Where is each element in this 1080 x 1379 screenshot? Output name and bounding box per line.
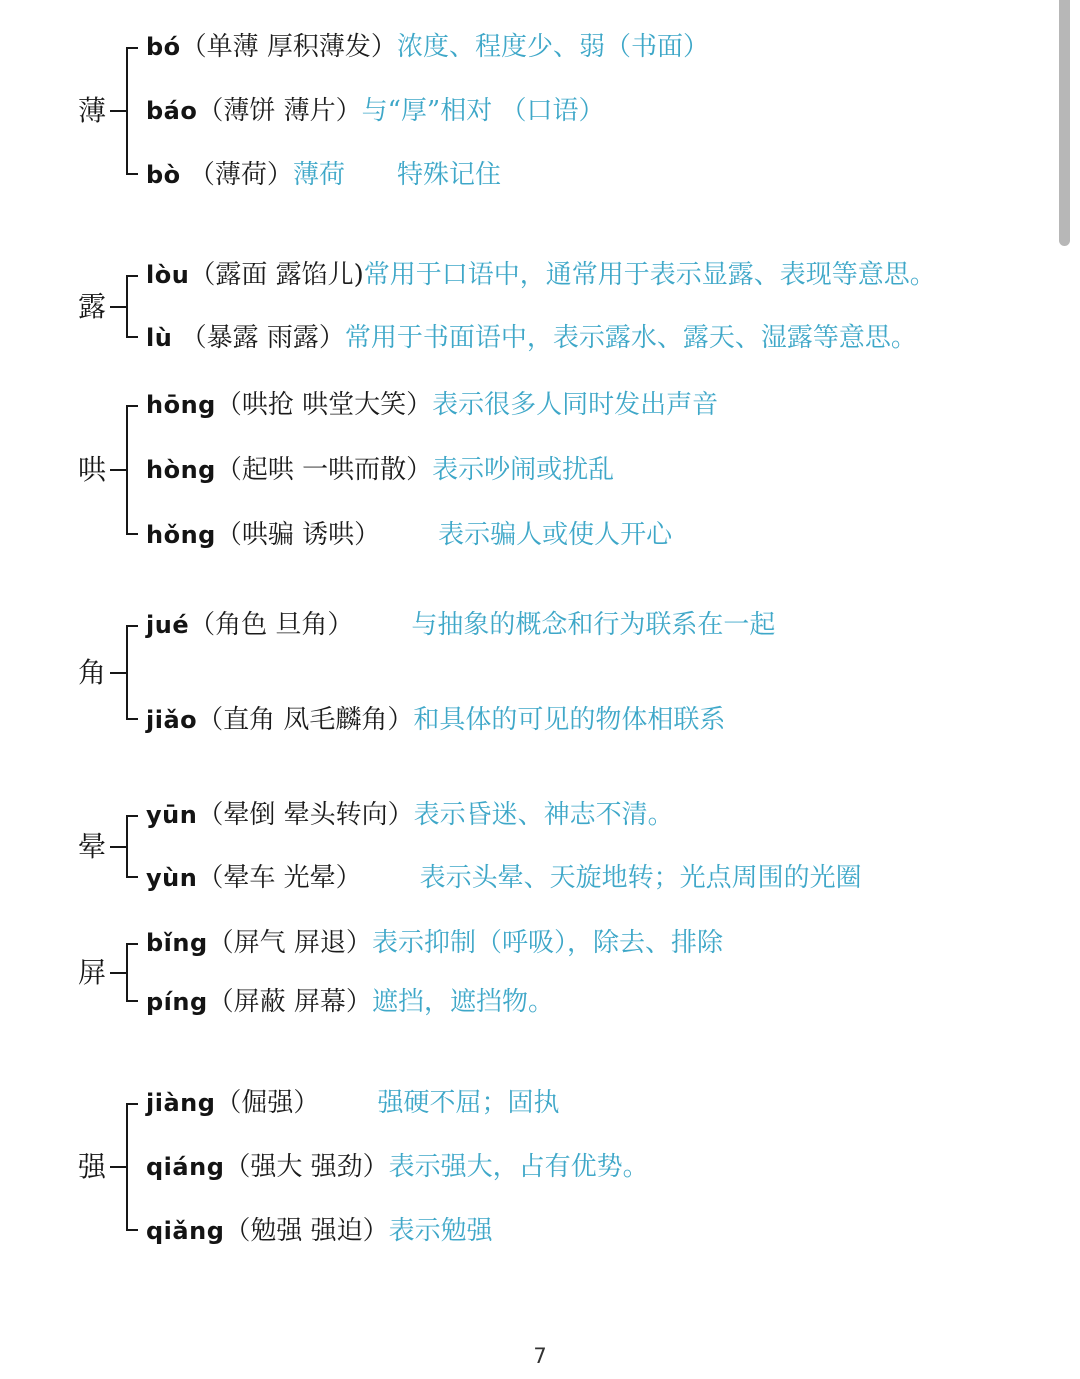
character-group-qiang: 强 jiàng（倔强）强硬不屈；固执 qiáng（强大 强劲）表示强大，占有优势… [74,1086,649,1248]
example-words: （勉强 强迫） [224,1216,388,1246]
entry-row: lù （暴露 雨露）常用于书面语中，表示露水、露天、湿露等意思。 [146,321,936,355]
pinyin: lòu [146,261,189,289]
example-words: （晕倒 晕头转向） [197,800,413,830]
meaning-text: 表示抑制（呼吸），除去、排除 [372,928,723,958]
meaning-text: 常用于书面语中，表示露水、露天、湿露等意思。 [345,323,917,353]
entry-row: qiáng（强大 强劲）表示强大，占有优势。 [146,1150,649,1184]
example-words: （屏气 屏退） [208,928,372,958]
example-words: （直角 凤毛麟角） [197,705,413,735]
example-words: （屏蔽 屏幕） [208,987,372,1017]
meaning-text: 表示头晕、天旋地转；光点周围的光圈 [420,863,862,893]
entry-row: hōng（哄抢 哄堂大笑）表示很多人同时发出声音 [146,388,718,422]
pinyin: báo [146,97,197,125]
pinyin: jiàng [146,1089,215,1117]
entry-row: báo（薄饼 薄片）与“厚”相对 （口语） [146,94,709,128]
entry-row: jiàng（倔强）强硬不屈；固执 [146,1086,649,1120]
example-words: （薄饼 薄片） [197,96,361,126]
pinyin: bǐng [146,929,208,957]
meaning-text: 与“厚”相对 （口语） [362,96,605,126]
character-group-yun: 晕 yūn（晕倒 晕头转向）表示昏迷、神志不清。 yùn（晕车 光晕）表示头晕、… [74,798,862,895]
pinyin: hǒng [146,521,216,549]
pinyin: qiǎng [146,1217,224,1245]
example-words: （晕车 光晕） [197,863,361,893]
pinyin: jué [146,611,189,639]
entry-rows: bó（单薄 厚积薄发）浓度、程度少、弱（书面） báo（薄饼 薄片）与“厚”相对… [146,30,709,192]
head-character: 晕 [74,833,110,861]
entry-rows: jiàng（倔强）强硬不屈；固执 qiáng（强大 强劲）表示强大，占有优势。 … [146,1086,649,1248]
character-group-bao: 薄 bó（单薄 厚积薄发）浓度、程度少、弱（书面） báo（薄饼 薄片）与“厚”… [74,30,709,192]
bracket [110,47,140,175]
entry-row: jiǎo（直角 凤毛麟角）和具体的可见的物体相联系 [146,703,775,737]
character-group-hong: 哄 hōng（哄抢 哄堂大笑）表示很多人同时发出声音 hòng（起哄 一哄而散）… [74,388,718,552]
pinyin: píng [146,988,208,1016]
meaning-text: 表示强大，占有优势。 [389,1152,649,1182]
meaning-text: 表示昏迷、神志不清。 [414,800,674,830]
entry-row: bǐng（屏气 屏退）表示抑制（呼吸），除去、排除 [146,926,723,960]
pinyin: lù [146,324,172,352]
meaning-text: 强硬不屈；固执 [377,1088,559,1118]
head-character: 角 [74,659,110,687]
example-words: （强大 强劲） [224,1152,388,1182]
entry-rows: lòu（露面 露馅儿)常用于口语中，通常用于表示显露、表现等意思。 lù （暴露… [146,258,936,355]
character-group-lu: 露 lòu（露面 露馅儿)常用于口语中，通常用于表示显露、表现等意思。 lù （… [74,258,936,355]
pinyin: hōng [146,391,216,419]
example-words: （哄抢 哄堂大笑） [216,390,432,420]
pinyin: bó [146,33,181,61]
head-character: 屏 [74,959,110,987]
head-character: 哄 [74,456,110,484]
pinyin: yūn [146,801,197,829]
bracket [110,1103,140,1231]
character-group-ping: 屏 bǐng（屏气 屏退）表示抑制（呼吸），除去、排除 píng（屏蔽 屏幕）遮… [74,926,723,1019]
example-words: （起哄 一哄而散） [216,455,432,485]
bracket [110,943,140,1002]
entry-row: qiǎng（勉强 强迫）表示勉强 [146,1214,649,1248]
meaning-text: 表示吵闹或扰乱 [432,455,614,485]
entry-row: yūn（晕倒 晕头转向）表示昏迷、神志不清。 [146,798,862,832]
pinyin: jiǎo [146,706,197,734]
pinyin: hòng [146,456,216,484]
head-character: 薄 [74,97,110,125]
pinyin: yùn [146,864,197,892]
example-words: （暴露 雨露） [172,323,345,353]
meaning-text: 表示骗人或使人开心 [438,520,672,550]
meaning-text: 薄荷 特殊记住 [293,160,501,190]
meaning-text: 表示勉强 [389,1216,493,1246]
example-words: （单薄 厚积薄发） [181,32,397,62]
example-words: （哄骗 诱哄） [216,520,380,550]
bracket [110,405,140,535]
pinyin: bò [146,161,181,189]
entry-row: jué（角色 旦角）与抽象的概念和行为联系在一起 [146,608,775,642]
entry-row: yùn（晕车 光晕）表示头晕、天旋地转；光点周围的光圈 [146,861,862,895]
bracket [110,625,140,720]
entry-row: hòng（起哄 一哄而散）表示吵闹或扰乱 [146,453,718,487]
meaning-text: 常用于口语中，通常用于表示显露、表现等意思。 [364,260,936,290]
page-number: 7 [0,1344,1080,1368]
entry-rows: jué（角色 旦角）与抽象的概念和行为联系在一起 jiǎo（直角 凤毛麟角）和具… [146,608,775,737]
scrollbar-thumb[interactable] [1059,0,1070,246]
meaning-text: 遮挡，遮挡物。 [372,987,554,1017]
entry-row: lòu（露面 露馅儿)常用于口语中，通常用于表示显露、表现等意思。 [146,258,936,292]
example-words: （露面 露馅儿) [189,260,363,290]
entry-rows: hōng（哄抢 哄堂大笑）表示很多人同时发出声音 hòng（起哄 一哄而散）表示… [146,388,718,552]
document-page: 薄 bó（单薄 厚积薄发）浓度、程度少、弱（书面） báo（薄饼 薄片）与“厚”… [0,0,1080,1379]
example-words: （倔强） [215,1088,319,1118]
head-character: 强 [74,1153,110,1181]
meaning-text: 表示很多人同时发出声音 [432,390,718,420]
bracket [110,275,140,338]
entry-rows: yūn（晕倒 晕头转向）表示昏迷、神志不清。 yùn（晕车 光晕）表示头晕、天旋… [146,798,862,895]
pinyin: qiáng [146,1153,224,1181]
entry-rows: bǐng（屏气 屏退）表示抑制（呼吸），除去、排除 píng（屏蔽 屏幕）遮挡，… [146,926,723,1019]
meaning-text: 浓度、程度少、弱（书面） [397,32,709,62]
entry-row: bò （薄荷）薄荷 特殊记住 [146,158,709,192]
example-words: （角色 旦角） [189,610,353,640]
entry-row: bó（单薄 厚积薄发）浓度、程度少、弱（书面） [146,30,709,64]
character-group-jiao: 角 jué（角色 旦角）与抽象的概念和行为联系在一起 jiǎo（直角 凤毛麟角）… [74,608,775,737]
example-words: （薄荷） [181,160,293,190]
meaning-text: 与抽象的概念和行为联系在一起 [411,610,775,640]
entry-row: hǒng（哄骗 诱哄）表示骗人或使人开心 [146,518,718,552]
head-character: 露 [74,293,110,321]
meaning-text: 和具体的可见的物体相联系 [413,705,725,735]
bracket [110,815,140,878]
entry-row: píng（屏蔽 屏幕）遮挡，遮挡物。 [146,985,723,1019]
